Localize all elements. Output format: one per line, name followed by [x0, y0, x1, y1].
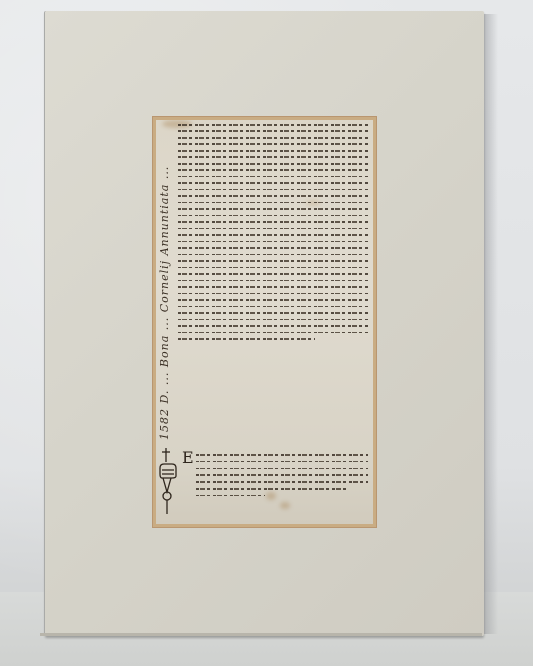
text-line [178, 143, 368, 145]
text-line [178, 189, 368, 191]
text-line [178, 332, 368, 334]
text-line [178, 286, 368, 288]
text-line [178, 267, 368, 269]
text-line [178, 319, 368, 321]
text-line [178, 137, 368, 139]
text-line [178, 312, 368, 314]
text-line [178, 150, 368, 152]
text-line [178, 176, 368, 178]
text-line [178, 156, 368, 158]
text-line [178, 130, 368, 132]
text-line [178, 228, 368, 230]
text-line [196, 481, 368, 483]
margin-annotation: 1582 D. ... Bona ... Cornelij Annuntiata… [158, 140, 176, 440]
subscription-initial: E [182, 448, 194, 467]
subscription-lines [196, 454, 368, 501]
manuscript-page: 1582 D. ... Bona ... Cornelij Annuntiata… [156, 120, 373, 524]
mat-board-bottom-edge [40, 633, 482, 636]
text-line [178, 280, 368, 282]
text-line [178, 202, 368, 204]
text-line [196, 468, 368, 470]
text-line [178, 254, 368, 256]
text-line [178, 169, 368, 171]
text-line [178, 208, 368, 210]
text-line [178, 163, 368, 165]
text-line [178, 215, 368, 217]
text-line [178, 247, 368, 249]
text-line [178, 306, 368, 308]
main-text-block [178, 124, 368, 446]
text-line [178, 299, 368, 301]
text-line [178, 325, 368, 327]
text-line [196, 454, 368, 456]
text-line [178, 221, 368, 223]
text-line [178, 260, 368, 262]
notary-subscription: E [182, 452, 368, 518]
text-line [178, 293, 368, 295]
text-line [196, 488, 347, 490]
text-line [178, 273, 368, 275]
text-line [178, 182, 368, 184]
text-line [196, 474, 368, 476]
text-line [178, 195, 368, 197]
board-shadow [484, 14, 498, 634]
text-line [178, 234, 368, 236]
text-line [178, 241, 368, 243]
text-line [178, 124, 368, 126]
text-line [196, 461, 368, 463]
notarial-signum-icon [158, 446, 182, 518]
text-line [178, 338, 315, 340]
text-line [196, 495, 265, 497]
